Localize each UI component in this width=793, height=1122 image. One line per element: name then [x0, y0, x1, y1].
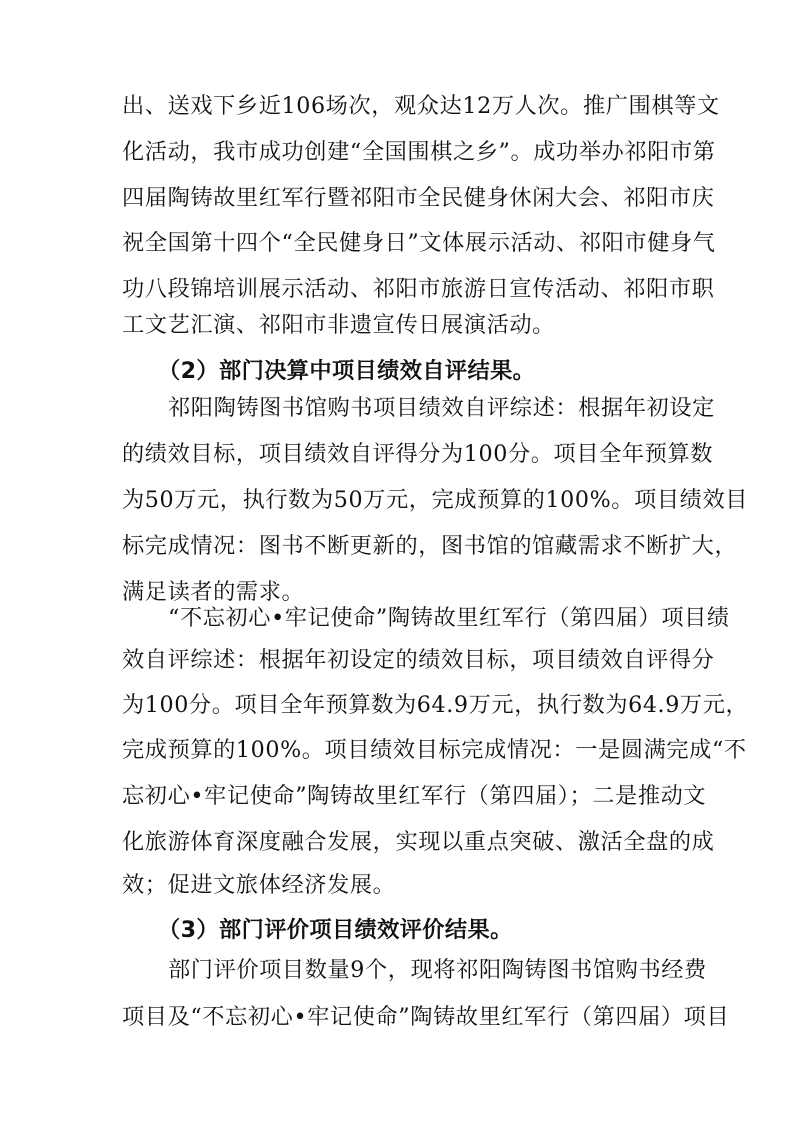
- body-text-line: 为100分。项目全年预算数为64.9万元，执行数为64.9万元，: [122, 690, 674, 720]
- body-text-line: 为50万元，执行数为50万元，完成预算的100%。项目绩效目: [122, 485, 674, 515]
- body-text-line: 化旅游体育深度融合发展，实现以重点突破、激活全盘的成: [122, 827, 674, 857]
- body-text-line: 功八段锦培训展示活动、祁阳市旅游日宣传活动、祁阳市职: [122, 274, 674, 304]
- paragraph-start-line: 部门评价项目数量9个，现将祁阳陶铸图书馆购书经费: [168, 955, 674, 985]
- body-text-line: 效；促进文旅体经济发展。: [122, 870, 674, 900]
- section-heading-3: （3）部门评价项目绩效评价结果。: [158, 915, 664, 945]
- body-text-line: 的绩效目标，项目绩效自评得分为100分。项目全年预算数: [122, 439, 674, 469]
- body-text-line: 四届陶铸故里红军行暨祁阳市全民健身休闲大会、祁阳市庆: [122, 183, 674, 213]
- section-heading-2: （2）部门决算中项目绩效自评结果。: [158, 356, 664, 386]
- body-text-line: 出、送戏下乡近106场次，观众达12万人次。推广围棋等文: [122, 91, 674, 121]
- body-text-line: 效自评综述：根据年初设定的绩效目标，项目绩效自评得分: [122, 645, 674, 675]
- document-page: 出、送戏下乡近106场次，观众达12万人次。推广围棋等文 化活动，我市成功创建“…: [0, 0, 793, 1122]
- paragraph-start-line: 祁阳陶铸图书馆购书项目绩效自评综述：根据年初设定: [168, 393, 674, 423]
- body-text-line: 祝全国第十四个“全民健身日”文体展示活动、祁阳市健身气: [122, 228, 674, 258]
- body-text-line: 完成预算的100%。项目绩效目标完成情况：一是圆满完成“不: [122, 735, 674, 765]
- body-text-line: 标完成情况：图书不断更新的，图书馆的馆藏需求不断扩大，: [122, 531, 674, 561]
- body-text-line: 化活动，我市成功创建“全国围棋之乡”。成功举办祁阳市第: [122, 137, 674, 167]
- body-text-line: 项目及“不忘初心•牢记使命”陶铸故里红军行（第四届）项目: [122, 1002, 674, 1032]
- body-text-line: 工文艺汇演、祁阳市非遗宣传日展演活动。: [122, 310, 674, 340]
- body-text-line: 忘初心•牢记使命”陶铸故里红军行（第四届）；二是推动文: [122, 781, 674, 811]
- paragraph-start-line: “不忘初心•牢记使命”陶铸故里红军行（第四届）项目绩: [168, 603, 674, 633]
